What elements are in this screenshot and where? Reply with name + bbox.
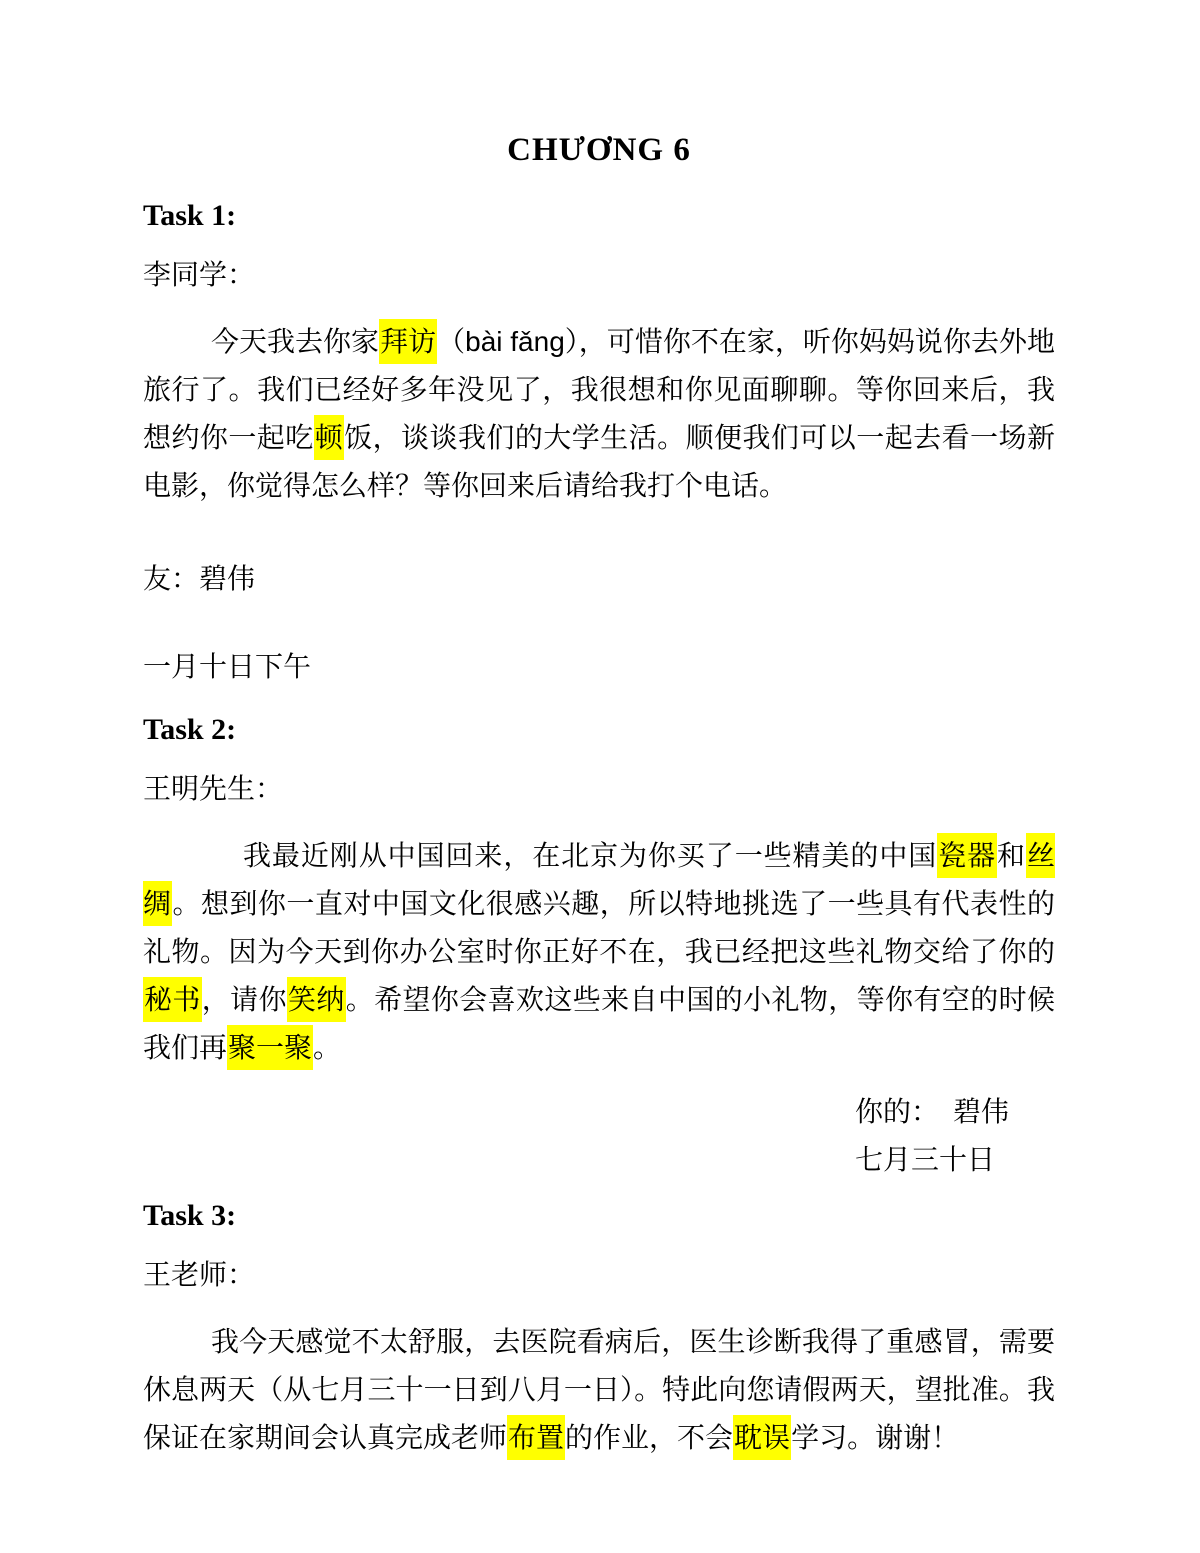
task-2-signature-block: 你的： 碧伟 七月三十日 — [855, 1088, 1055, 1184]
task-3-paragraph: 我今天感觉不太舒服，去医院看病后，医生诊断我得了重感冒，需要休息两天（从七月三十… — [143, 1318, 1055, 1462]
text-segment: 我最近刚从中国回来，在北京为你买了一些精美的中国 — [243, 840, 937, 871]
text-segment: 学习。谢谢！ — [791, 1422, 959, 1453]
highlighted-term: 秘书 — [143, 977, 202, 1022]
task-2-heading: Task 2: — [143, 712, 1055, 748]
task-1-section: Task 1: 李同学： 今天我去你家拜访（bài fǎng），可惜你不在家，听… — [143, 198, 1055, 684]
text-segment: 和 — [997, 840, 1026, 871]
task-2-salutation: 王明先生： — [143, 772, 1055, 806]
task-1-signature: 友：碧伟 — [143, 562, 1055, 596]
highlighted-term: 布置 — [507, 1415, 565, 1460]
highlighted-term: 拜访 — [379, 319, 437, 364]
text-segment: 。想到你一直对中国文化很感兴趣，所以特地挑选了一些具有代表性的礼物。因为今天到你… — [143, 888, 1055, 967]
task-1-salutation: 李同学： — [143, 258, 1055, 292]
task-2-section: Task 2: 王明先生： 我最近刚从中国回来，在北京为你买了一些精美的中国瓷器… — [143, 712, 1055, 1184]
highlighted-term: 耽误 — [733, 1415, 791, 1460]
highlighted-term: 顿 — [314, 415, 344, 460]
task-1-paragraph: 今天我去你家拜访（bài fǎng），可惜你不在家，听你妈妈说你去外地旅行了。我… — [143, 318, 1055, 510]
task-2-date: 七月三十日 — [855, 1136, 1055, 1184]
text-segment: 今天我去你家 — [211, 326, 379, 357]
task-2-paragraph: 我最近刚从中国回来，在北京为你买了一些精美的中国瓷器和丝绸。想到你一直对中国文化… — [143, 832, 1055, 1072]
highlighted-term: 聚一聚 — [227, 1025, 313, 1070]
task-2-signature: 你的： 碧伟 — [855, 1088, 1055, 1136]
text-segment: 。 — [313, 1032, 341, 1063]
highlighted-term: 笑纳 — [287, 977, 346, 1022]
task-1-heading: Task 1: — [143, 198, 1055, 234]
page-title: CHƯƠNG 6 — [143, 130, 1055, 170]
highlighted-term: 瓷器 — [937, 833, 997, 878]
task-3-salutation: 王老师： — [143, 1258, 1055, 1292]
document-page: CHƯƠNG 6 Task 1: 李同学： 今天我去你家拜访（bài fǎng）… — [0, 0, 1200, 1553]
text-segment: 的作业，不会 — [565, 1422, 733, 1453]
task-3-heading: Task 3: — [143, 1198, 1055, 1234]
text-segment: ，请你 — [202, 984, 287, 1015]
task-1-date: 一月十日下午 — [143, 650, 1055, 684]
task-3-section: Task 3: 王老师： 我今天感觉不太舒服，去医院看病后，医生诊断我得了重感冒… — [143, 1198, 1055, 1462]
